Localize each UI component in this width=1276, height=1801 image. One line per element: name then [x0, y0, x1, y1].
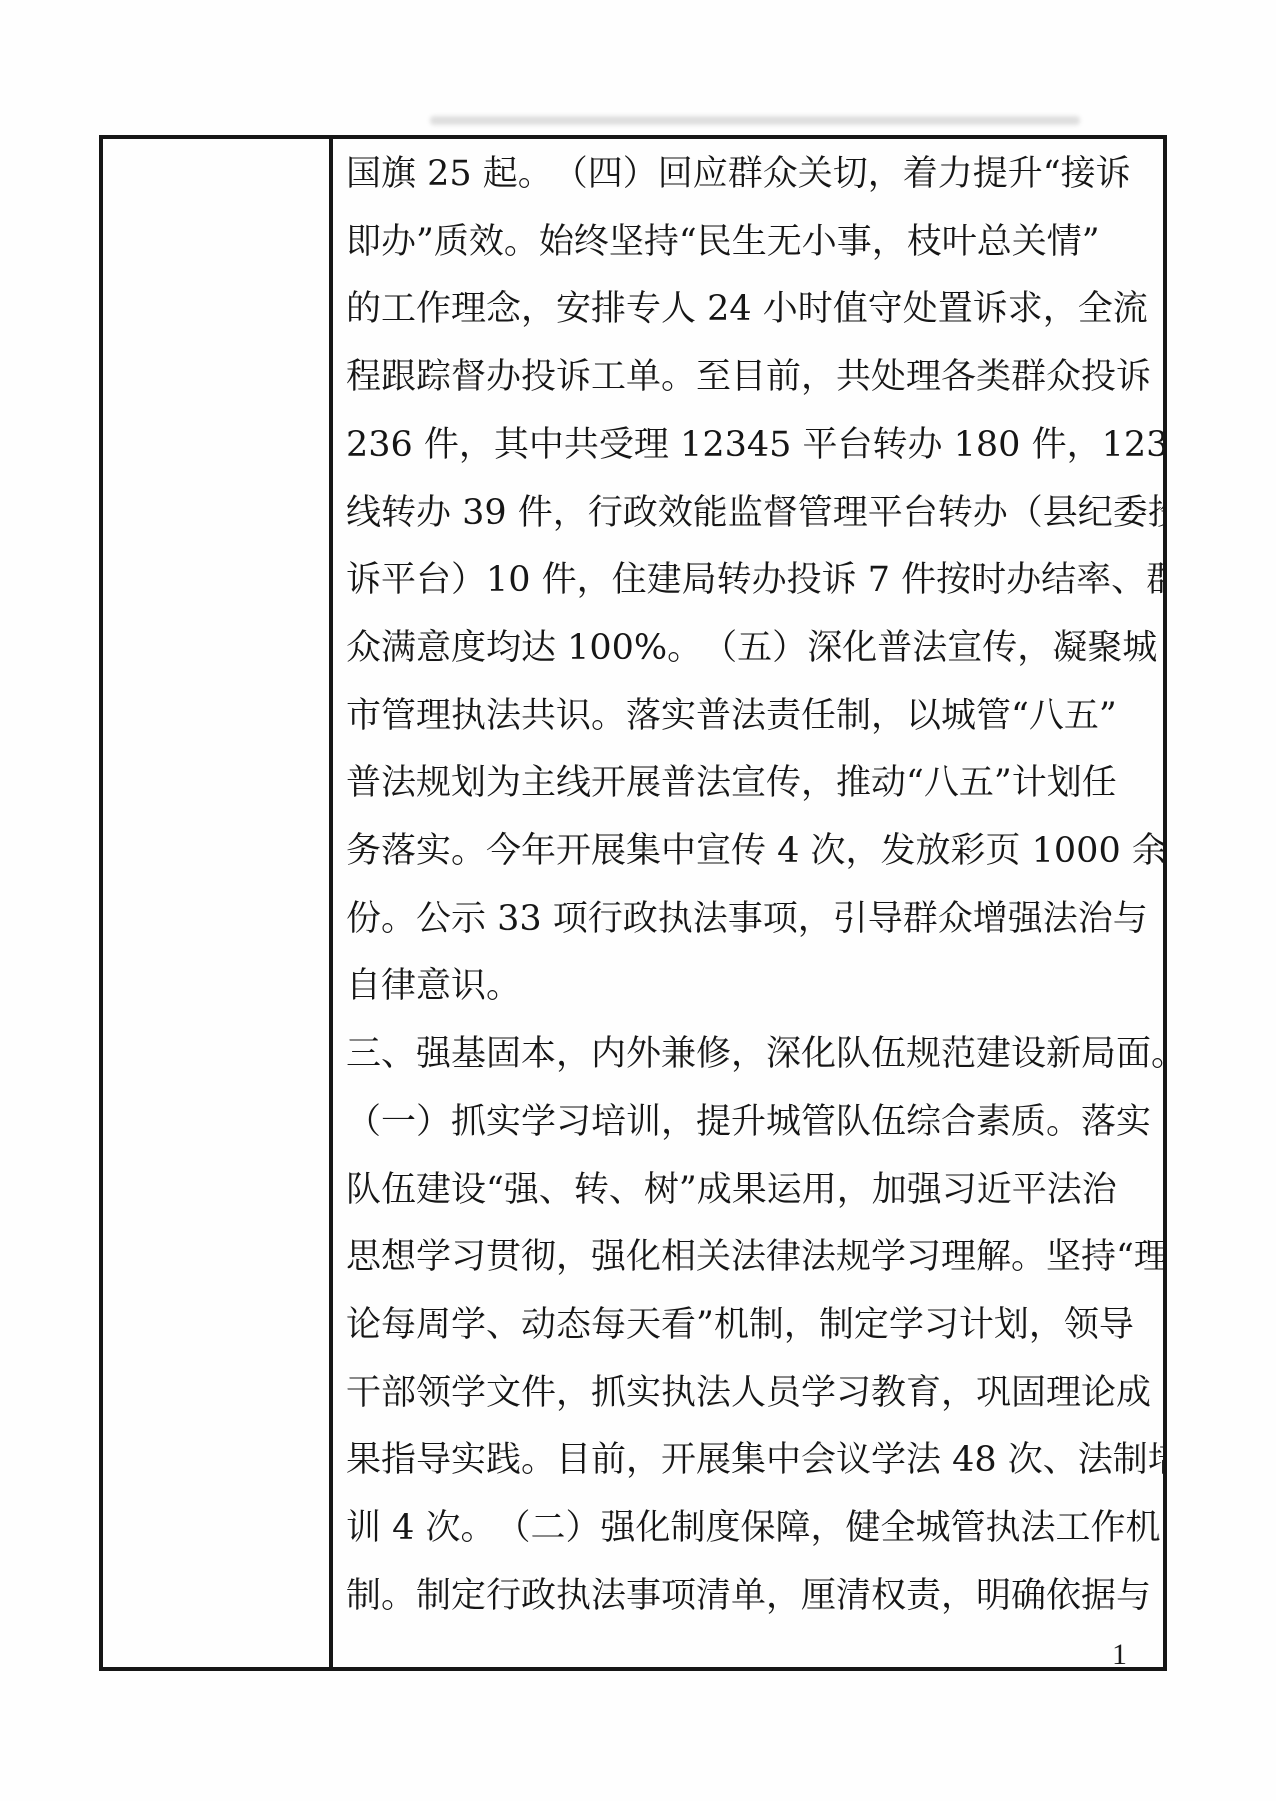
text-line: 思想学习贯彻，强化相关法律法规学习理解。坚持“理	[346, 1224, 1149, 1292]
text-line: 普法规划为主线开展普法宣传，推动“八五”计划任	[346, 750, 1149, 818]
text-line: 众满意度均达 100%。 （五）深化普法宣传，凝聚城	[346, 615, 1149, 683]
scan-artifact	[430, 116, 1080, 125]
text-line: 即办”质效。始终坚持“民生无小事，枝叶总关情”	[346, 209, 1149, 277]
text-line: 诉平台）10 件，住建局转办投诉 7 件按时办结率、群	[346, 547, 1149, 615]
text-line: 务落实。今年开展集中宣传 4 次，发放彩页 1000 余	[346, 818, 1149, 886]
text-line: 果指导实践。目前，开展集中会议学法 48 次、法制培	[346, 1427, 1149, 1495]
text-line: 的工作理念，安排专人 24 小时值守处置诉求，全流	[346, 276, 1149, 344]
text-line: 236 件，其中共受理 12345 平台转办 180 件，12345 热	[346, 412, 1149, 480]
page-number: 1	[1112, 1640, 1130, 1670]
text-line: 程跟踪督办投诉工单。至目前，共处理各类群众投诉	[346, 344, 1149, 412]
text-line: （一）抓实学习培训，提升城管队伍综合素质。落实	[346, 1089, 1149, 1157]
report-table: 国旗 25 起。 （四）回应群众关切，着力提升“接诉 即办”质效。始终坚持“民生…	[99, 135, 1167, 1671]
text-line: 训 4 次。 （二）强化制度保障，健全城管执法工作机	[346, 1495, 1149, 1563]
text-line: 线转办 39 件，行政效能监督管理平台转办（县纪委投	[346, 480, 1149, 548]
text-line: 三、强基固本，内外兼修，深化队伍规范建设新局面。	[346, 1021, 1149, 1089]
table-cell-left	[103, 139, 333, 1667]
text-line: 论每周学、动态每天看”机制，制定学习计划，领导	[346, 1292, 1149, 1360]
text-line: 干部领学文件，抓实执法人员学习教育，巩固理论成	[346, 1360, 1149, 1428]
text-line: 队伍建设“强、转、树”成果运用，加强习近平法治	[346, 1157, 1149, 1225]
document-page: 国旗 25 起。 （四）回应群众关切，着力提升“接诉 即办”质效。始终坚持“民生…	[0, 0, 1276, 1801]
text-line: 国旗 25 起。 （四）回应群众关切，着力提升“接诉	[346, 141, 1149, 209]
text-line: 制。制定行政执法事项清单，厘清权责，明确依据与	[346, 1563, 1149, 1631]
table-cell-content: 国旗 25 起。 （四）回应群众关切，着力提升“接诉 即办”质效。始终坚持“民生…	[333, 139, 1163, 1667]
text-line: 市管理执法共识。落实普法责任制，以城管“八五”	[346, 683, 1149, 751]
text-line: 份。公示 33 项行政执法事项，引导群众增强法治与	[346, 886, 1149, 954]
text-line: 自律意识。	[346, 953, 1149, 1021]
